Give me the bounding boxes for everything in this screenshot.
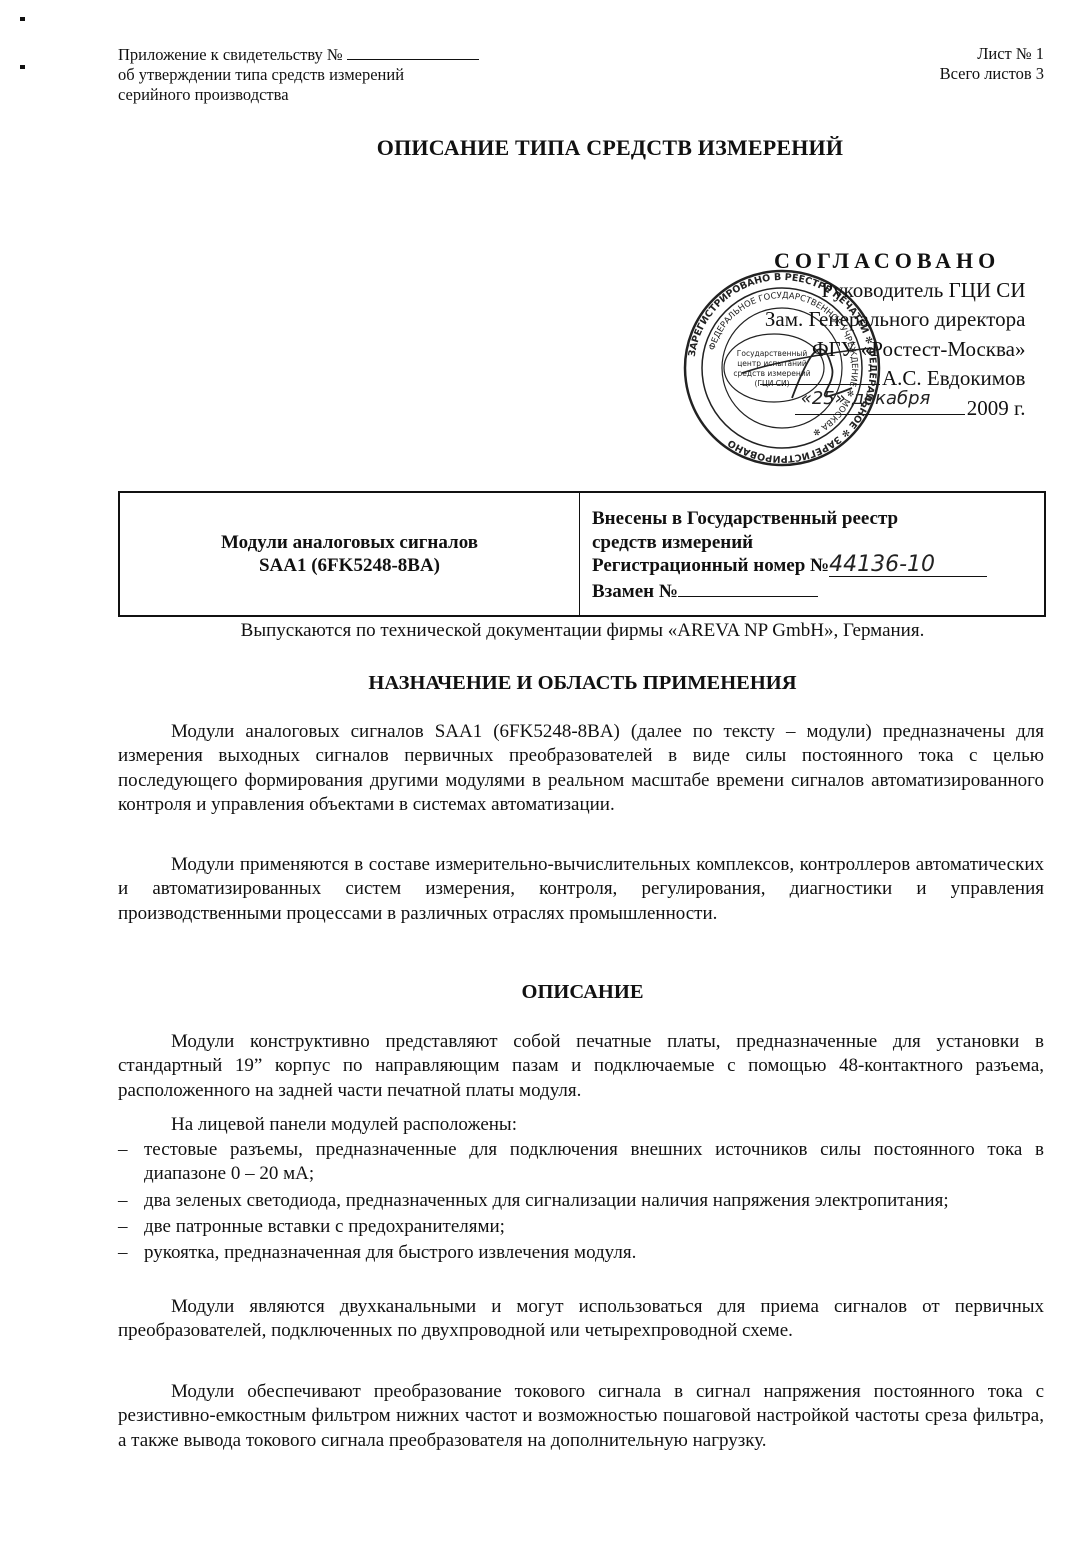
registry-line-2: средств измерений (592, 531, 1044, 555)
approval-heading: СОГЛАСОВАНО (774, 246, 1025, 276)
front-panel-intro: На лицевой панели модулей расположены: (118, 1113, 1044, 1137)
replaces-number-blank (678, 578, 818, 597)
registration-label: Регистрационный номер № (592, 555, 829, 576)
list-item: две патронные вставки с предохранителями… (118, 1215, 1044, 1239)
description-paragraph-2: Модули являются двухканальными и могут и… (118, 1295, 1044, 1344)
description-paragraph-3: Модули обеспечивают преобразование токов… (118, 1380, 1044, 1453)
certificate-appendix-header: Приложение к свидетельству № об утвержде… (118, 44, 479, 105)
approval-date-line: «25» декабря (795, 394, 965, 415)
signature-line (760, 364, 880, 385)
paragraph-text: Модули применяются в составе измерительн… (118, 854, 1044, 924)
approval-organization: ФГУ «Ростест-Москва» (760, 335, 1025, 365)
registry-info-cell: Внесены в Государственный реестр средств… (580, 493, 1044, 615)
paragraph-text: Модули конструктивно представляют собой … (118, 1031, 1044, 1101)
certificate-number-blank (347, 44, 479, 60)
registry-line-1: Внесены в Государственный реестр (592, 507, 1044, 531)
product-name-line-2: SAA1 (6FK5248-8BA) (221, 554, 478, 577)
appendix-line-1: Приложение к свидетельству № (118, 45, 343, 64)
registry-table: Модули аналоговых сигналов SAA1 (6FK5248… (118, 491, 1046, 617)
replaces-label: Взамен № (592, 581, 678, 602)
paragraph-text: На лицевой панели модулей расположены: (171, 1114, 517, 1135)
approval-date-handwritten: «25» декабря (801, 384, 931, 414)
list-item: рукоятка, предназначенная для быстрого и… (118, 1241, 1044, 1265)
appendix-line-3: серийного производства (118, 85, 479, 105)
paragraph-text: Модули обеспечивают преобразование токов… (118, 1381, 1044, 1451)
manufacturer-note: Выпускаются по технической документации … (0, 620, 1092, 642)
purpose-paragraph-1: Модули аналоговых сигналов SAA1 (6FK5248… (118, 720, 1044, 817)
product-name-cell: Модули аналоговых сигналов SAA1 (6FK5248… (120, 493, 580, 615)
approval-year: 2009 г. (967, 396, 1026, 420)
section-heading-purpose: НАЗНАЧЕНИЕ И ОБЛАСТЬ ПРИМЕНЕНИЯ (0, 672, 1092, 695)
scan-mark (20, 17, 25, 21)
product-name-line-1: Модули аналоговых сигналов (221, 531, 478, 554)
document-title: ОПИСАНИЕ ТИПА СРЕДСТВ ИЗМЕРЕНИЙ (0, 135, 1092, 161)
front-panel-list: тестовые разъемы, предназначенные для по… (118, 1138, 1044, 1267)
list-item: тестовые разъемы, предназначенные для по… (118, 1138, 1044, 1187)
description-paragraph-1: Модули конструктивно представляют собой … (118, 1030, 1044, 1103)
sheet-number: Лист № 1 (940, 44, 1044, 64)
list-item: два зеленых светодиода, предназначенных … (118, 1189, 1044, 1213)
appendix-line-2: об утверждении типа средств измерений (118, 65, 479, 85)
sheet-info: Лист № 1 Всего листов 3 (940, 44, 1044, 84)
paragraph-text: Модули аналоговых сигналов SAA1 (6FK5248… (118, 721, 1044, 815)
approval-block: СОГЛАСОВАНО Руководитель ГЦИ СИ Зам. Ген… (760, 246, 1025, 423)
section-heading-description: ОПИСАНИЕ (0, 981, 1092, 1004)
scan-mark (20, 65, 25, 69)
approval-position-1: Руководитель ГЦИ СИ (760, 276, 1025, 306)
purpose-paragraph-2: Модули применяются в составе измерительн… (118, 853, 1044, 926)
total-sheets: Всего листов 3 (940, 64, 1044, 84)
registration-number: 44136-10 (829, 554, 987, 577)
paragraph-text: Модули являются двухканальными и могут и… (118, 1296, 1044, 1341)
approval-position-2: Зам. Генерального директора (760, 305, 1025, 335)
